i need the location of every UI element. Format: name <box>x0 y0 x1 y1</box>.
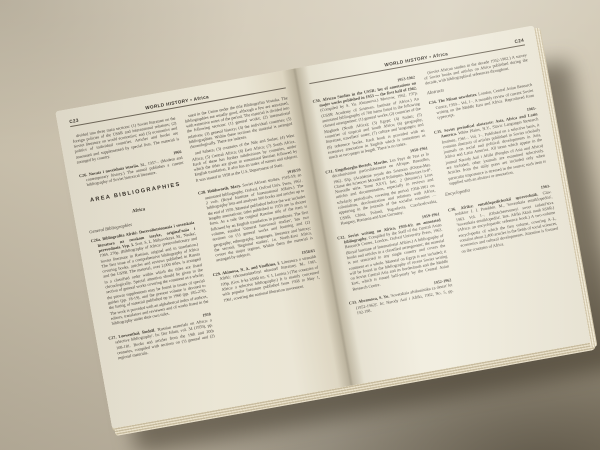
left-page-number: C23 <box>69 115 95 125</box>
bib-entry-c26a: C26a. Bibliografiia Afriki: Dorevoliutsi… <box>90 220 209 327</box>
photo-background: C23 WORLD HISTORY • Africa divided into … <box>0 0 600 450</box>
right-page-number: C24 <box>498 37 524 47</box>
header-spacer <box>309 77 335 82</box>
header-spacer <box>260 85 286 90</box>
